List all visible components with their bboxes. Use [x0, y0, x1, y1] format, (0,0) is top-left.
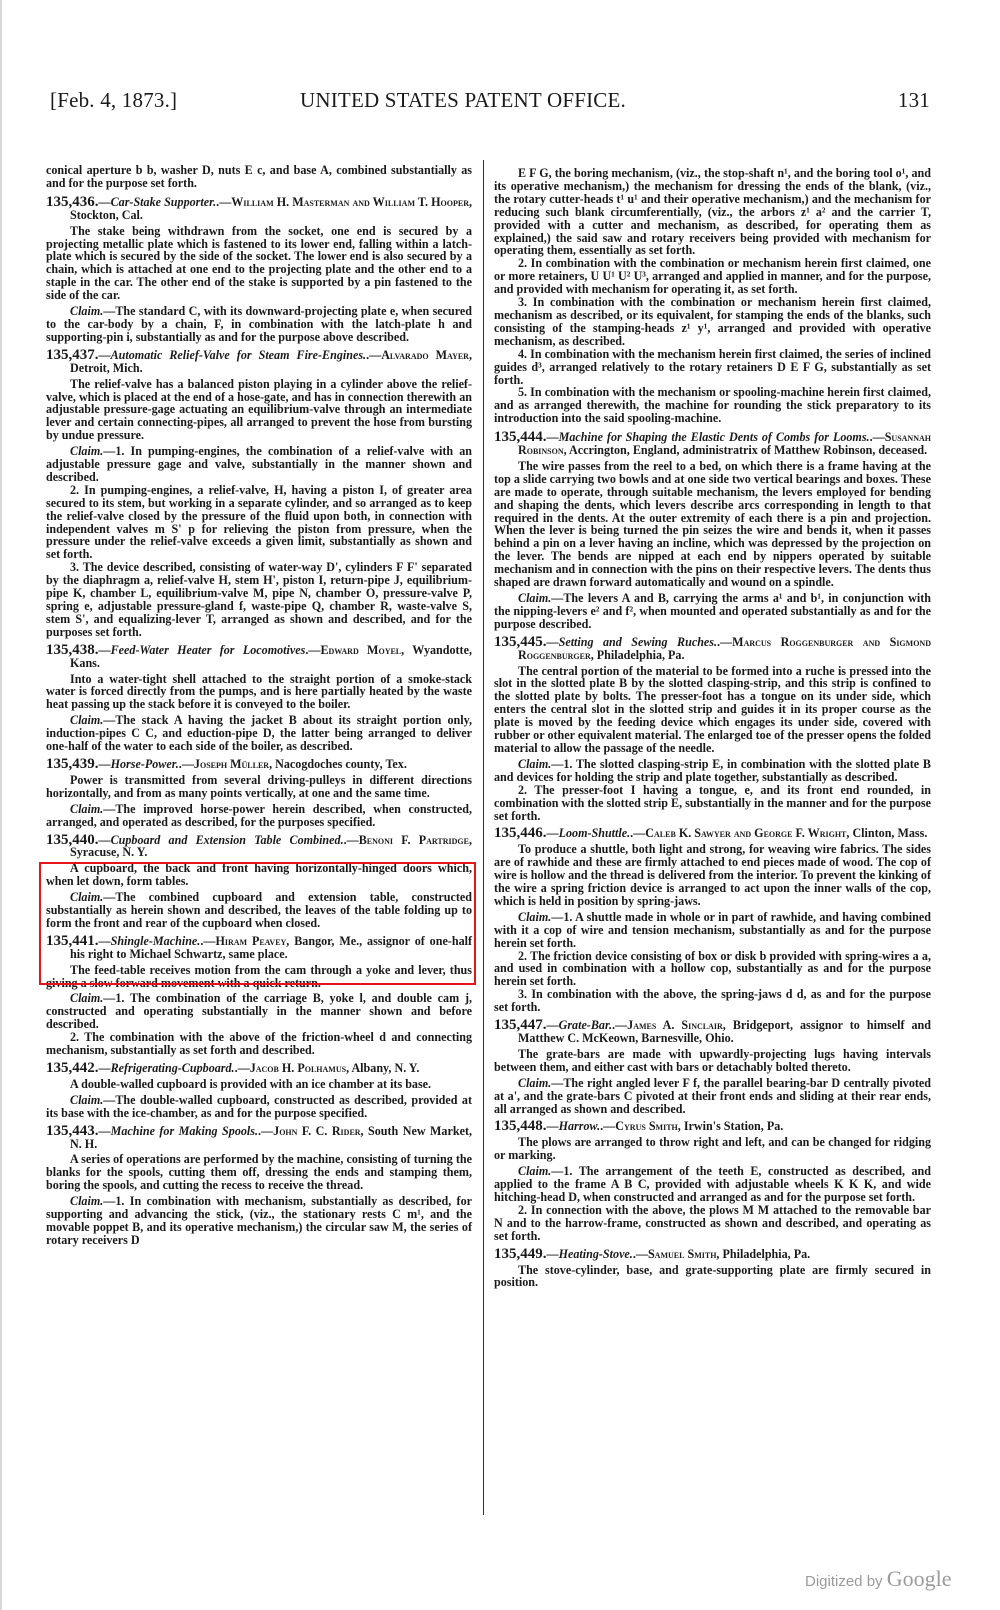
dash: .—: [235, 1061, 250, 1075]
dash: .—: [717, 635, 732, 649]
inventor-location: Accrington, England, administratrix of M…: [569, 443, 927, 457]
left-entries: 135,436.—Car-Stake Supporter..—William H…: [46, 196, 472, 1247]
dash: .—: [344, 833, 359, 847]
entry-paragraph: 2. In pumping-engines, a relief-valve, H…: [46, 484, 472, 561]
left-column: conical aperture b b, washer D, nuts E c…: [46, 164, 472, 1252]
entry-paragraph: Power is transmitted from several drivin…: [46, 774, 472, 800]
paragraph-text: —The standard C, with its downward-proje…: [46, 304, 472, 344]
inventor-location: Detroit, Mich.: [70, 361, 143, 375]
patent-title: Machine for Shaping the Elastic Dents of…: [559, 430, 870, 444]
dash: —: [547, 1247, 559, 1261]
patent-number: 135,446.: [494, 825, 547, 841]
entry-paragraph: The stake being withdrawn from the socke…: [46, 225, 472, 302]
claim-label: Claim.: [70, 802, 103, 816]
patent-title: Refrigerating-Cupboard.: [111, 1061, 235, 1075]
paragraph-text: The plows are arranged to throw right an…: [494, 1135, 931, 1162]
entry-paragraph: 3. The device described, consisting of w…: [46, 561, 472, 638]
dash: —: [99, 1061, 111, 1075]
paragraph-text: —The stack A having the jacket B about i…: [46, 713, 472, 753]
patent-title: Horse-Power.: [111, 757, 179, 771]
entry-paragraph: The relief-valve has a balanced piston p…: [46, 378, 472, 443]
paragraph-text: —The right angled lever F f, the paralle…: [494, 1076, 931, 1116]
patent-title: Car-Stake Supporter.: [111, 195, 217, 209]
paragraph-text: 4. In combination with the mechanism her…: [494, 347, 931, 387]
entry-paragraph: The plows are arranged to throw right an…: [494, 1136, 931, 1162]
inventor-location: Clinton, Mass.: [852, 826, 927, 840]
claim-label: Claim.: [70, 1093, 103, 1107]
patent-heading: 135,446.—Loom-Shuttle..—Caleb K. Sawyer …: [494, 827, 931, 840]
patent-entry: 135,449.—Heating-Stove..—Samuel Smith, P…: [494, 1248, 931, 1290]
inventor-name: Caleb K. Sawyer and George F. Wright,: [645, 826, 849, 840]
paragraph-text: 5. In combination with the mechanism or …: [494, 385, 931, 425]
dash: —: [99, 643, 111, 657]
entry-paragraph: 3. In combination with the combination o…: [494, 296, 931, 348]
paragraph-text: The relief-valve has a balanced piston p…: [46, 377, 472, 443]
patent-title: Heating-Stove.: [559, 1247, 633, 1261]
entry-paragraph: The wire passes from the reel to a bed, …: [494, 460, 931, 589]
paragraph-text: A double-walled cupboard is provided wit…: [70, 1077, 431, 1091]
space: [726, 1018, 733, 1032]
paragraph-text: The grate-bars are made with upwardly-pr…: [494, 1047, 931, 1074]
patent-number: 135,442.: [46, 1060, 99, 1076]
entry-paragraph: Claim.—1. The slotted clasping-strip E, …: [494, 758, 931, 784]
patent-heading: 135,443.—Machine for Making Spools..—Joh…: [46, 1125, 472, 1151]
right-entries: 135,444.—Machine for Shaping the Elastic…: [494, 431, 931, 1289]
patent-entry: 135,444.—Machine for Shaping the Elastic…: [494, 431, 931, 631]
patent-heading: 135,440.—Cupboard and Extension Table Co…: [46, 834, 472, 860]
patent-title: Automatic Relief-Valve for Steam Fire-En…: [111, 348, 366, 362]
dash: .—: [630, 826, 645, 840]
claim-label: Claim.: [70, 1194, 103, 1208]
inventor-name: Joseph Müller,: [194, 757, 272, 771]
entry-paragraph: A series of operations are performed by …: [46, 1153, 472, 1192]
patent-heading: 135,442.—Refrigerating-Cupboard..—Jacob …: [46, 1062, 472, 1075]
paragraph-text: A series of operations are performed by …: [46, 1152, 472, 1192]
dash: —: [99, 833, 111, 847]
entry-paragraph: Claim.—1. The combination of the carriag…: [46, 992, 472, 1031]
publication-title: UNITED STATES PATENT OFFICE.: [300, 88, 626, 113]
patent-entry: 135,448.—Harrow..—Cyrus Smith, Irwin's S…: [494, 1120, 931, 1242]
entry-paragraph: The central portion of the material to b…: [494, 665, 931, 755]
patent-heading: 135,439.—Horse-Power..—Joseph Müller, Na…: [46, 758, 472, 771]
entry-paragraph: Claim.—1. In pumping-engines, the combin…: [46, 445, 472, 484]
entry-paragraph: Claim.—1. The arrangement of the teeth E…: [494, 1165, 931, 1204]
entry-paragraph: Claim.—1. A shuttle made in whole or in …: [494, 911, 931, 950]
patent-entry: 135,436.—Car-Stake Supporter..—William H…: [46, 196, 472, 344]
patent-heading: 135,438.—Feed-Water Heater for Locomotiv…: [46, 644, 472, 670]
dash: —: [99, 934, 111, 948]
paragraph-text: —The levers A and B, carrying the arms a…: [494, 591, 931, 631]
dash: .—: [179, 757, 194, 771]
column-divider: [483, 160, 484, 1515]
patent-entry: 135,441.—Shingle-Machine..—Hiram Peavey,…: [46, 935, 472, 1057]
dash: .—: [600, 1119, 615, 1133]
patent-entry: 135,447.—Grate-Bar..—James A. Sinclair, …: [494, 1019, 931, 1115]
inventor-location: Syracuse, N. Y.: [70, 845, 147, 859]
patent-title: Machine for Making Spools.: [111, 1124, 258, 1138]
patent-entry: 135,438.—Feed-Water Heater for Locomotiv…: [46, 644, 472, 753]
paragraph-text: 2. In connection with the above, the plo…: [494, 1203, 931, 1243]
paragraph-text: —The double-walled cupboard, constructed…: [46, 1093, 472, 1120]
dash: —: [547, 430, 559, 444]
dash: —: [547, 1018, 559, 1032]
paragraph-text: —1. In combination with mechanism, subst…: [46, 1194, 472, 1247]
claim-label: Claim.: [70, 991, 103, 1005]
patent-entry: 135,439.—Horse-Power..—Joseph Müller, Na…: [46, 758, 472, 829]
dash: —: [547, 826, 559, 840]
entry-paragraph: The feed-table receives motion from the …: [46, 964, 472, 990]
entry-paragraph: Claim.—The levers A and B, carrying the …: [494, 592, 931, 631]
patent-heading: 135,437.—Automatic Relief-Valve for Stea…: [46, 349, 472, 375]
patent-entry: 135,440.—Cupboard and Extension Table Co…: [46, 834, 472, 930]
paragraph-text: The central portion of the material to b…: [494, 664, 931, 755]
dash: .—: [612, 1018, 627, 1032]
patent-heading: 135,447.—Grate-Bar..—James A. Sinclair, …: [494, 1019, 931, 1045]
entry-paragraph: Claim.—1. In combination with mechanism,…: [46, 1195, 472, 1247]
patent-heading: 135,444.—Machine for Shaping the Elastic…: [494, 431, 931, 457]
paragraph-text: —1. A shuttle made in whole or in part o…: [494, 910, 931, 950]
inventor-location: Nacogdoches county, Tex.: [275, 757, 407, 771]
claim-label: Claim.: [70, 304, 103, 318]
claim-label: Claim.: [70, 444, 103, 458]
inventor-name: James A. Sinclair,: [627, 1018, 726, 1032]
patent-title: Shingle-Machine.: [111, 934, 201, 948]
paragraph-text: —The improved horse-power herein describ…: [46, 802, 472, 829]
dash: —: [99, 757, 111, 771]
paragraph-text: —The combined cupboard and extension tab…: [46, 890, 472, 930]
patent-title: Feed-Water Heater for Locomotives: [111, 643, 306, 657]
dash: —: [547, 635, 559, 649]
patent-entry: 135,437.—Automatic Relief-Valve for Stea…: [46, 349, 472, 639]
dash: .—: [305, 643, 320, 657]
entry-paragraph: 2. In connection with the above, the plo…: [494, 1204, 931, 1243]
patent-title: Cupboard and Extension Table Combined.: [111, 833, 344, 847]
entry-paragraph: A double-walled cupboard is provided wit…: [46, 1078, 472, 1091]
patent-title: Setting and Sewing Ruches.: [559, 635, 717, 649]
entry-paragraph: Claim.—The double-walled cupboard, const…: [46, 1094, 472, 1120]
dash: .—: [870, 430, 885, 444]
paragraph-text: —1. The arrangement of the teeth E, cons…: [494, 1164, 931, 1204]
entry-paragraph: To produce a shuttle, both light and str…: [494, 843, 931, 908]
entry-paragraph: The grate-bars are made with upwardly-pr…: [494, 1048, 931, 1074]
inventor-name: William H. Masterman and William T. Hoop…: [231, 195, 472, 209]
issue-date: [Feb. 4, 1873.]: [50, 88, 177, 113]
claim-label: Claim.: [70, 890, 103, 904]
paragraph-text: —1. The slotted clasping-strip E, in com…: [494, 757, 931, 784]
entry-paragraph: Claim.—The stack A having the jacket B a…: [46, 714, 472, 753]
entry-paragraph: Claim.—The improved horse-power herein d…: [46, 803, 472, 829]
paragraph-text: 2. The friction device consisting of box…: [494, 949, 931, 989]
page-number: 131: [898, 88, 930, 113]
inventor-name: John F. C. Rider,: [273, 1124, 363, 1138]
patent-title: Harrow.: [559, 1119, 601, 1133]
entry-paragraph: 2. The friction device consisting of box…: [494, 950, 931, 989]
digitized-watermark: Digitized by Google: [805, 1566, 951, 1592]
inventor-location: Philadelphia, Pa.: [722, 1247, 810, 1261]
patent-heading: 135,436.—Car-Stake Supporter..—William H…: [46, 196, 472, 222]
right-continuation: E F G, the boring mechanism, (viz., the …: [494, 167, 931, 425]
claim-label: Claim.: [518, 591, 551, 605]
claim-label: Claim.: [518, 1164, 551, 1178]
entry-paragraph: Claim.—The right angled lever F f, the p…: [494, 1077, 931, 1116]
paragraph-text: —1. The combination of the carriage B, y…: [46, 991, 472, 1031]
dash: —: [99, 1124, 111, 1138]
patent-number: 135,448.: [494, 1118, 547, 1134]
paragraph-text: 2. In pumping-engines, a relief-valve, H…: [46, 483, 472, 562]
paragraph-text: 2. The combination with the above of the…: [46, 1030, 472, 1057]
entry-paragraph: E F G, the boring mechanism, (viz., the …: [494, 167, 931, 257]
patent-heading: 135,441.—Shingle-Machine..—Hiram Peavey,…: [46, 935, 472, 961]
inventor-name: Jacob H. Polhamus,: [250, 1061, 349, 1075]
paragraph-text: Power is transmitted from several drivin…: [46, 773, 472, 800]
paragraph-text: The feed-table receives motion from the …: [46, 963, 472, 990]
patent-entry: 135,446.—Loom-Shuttle..—Caleb K. Sawyer …: [494, 827, 931, 1014]
paragraph-text: 2. The presser-foot I having a tongue, e…: [494, 783, 931, 823]
paragraph-text: The stake being withdrawn from the socke…: [46, 224, 472, 303]
dash: —: [547, 1119, 559, 1133]
patent-heading: 135,449.—Heating-Stove..—Samuel Smith, P…: [494, 1248, 931, 1261]
watermark-prefix: Digitized by: [805, 1573, 883, 1590]
dash: .—: [200, 934, 215, 948]
entry-paragraph: A cupboard, the back and front having ho…: [46, 862, 472, 888]
inventor-location: Philadelphia, Pa.: [597, 648, 685, 662]
inventor-name: Edward Moyel,: [320, 643, 404, 657]
patent-heading: 135,445.—Setting and Sewing Ruches..—Mar…: [494, 636, 931, 662]
paragraph-text: E F G, the boring mechanism, (viz., the …: [494, 166, 931, 257]
entry-paragraph: 4. In combination with the mechanism her…: [494, 348, 931, 387]
dash: .—: [633, 1247, 648, 1261]
patent-entry: 135,442.—Refrigerating-Cupboard..—Jacob …: [46, 1062, 472, 1120]
claim-label: Claim.: [70, 713, 103, 727]
claim-label: Claim.: [518, 757, 551, 771]
claim-label: Claim.: [518, 910, 551, 924]
watermark-brand: Google: [887, 1566, 952, 1591]
paragraph-text: Into a water-tight shell attached to the…: [46, 672, 472, 712]
inventor-location: Albany, N. Y.: [351, 1061, 419, 1075]
patent-title: Grate-Bar.: [559, 1018, 612, 1032]
entry-paragraph: The stove-cylinder, base, and grate-supp…: [494, 1264, 931, 1290]
entry-paragraph: 5. In combination with the mechanism or …: [494, 386, 931, 425]
entry-paragraph: Claim.—The combined cupboard and extensi…: [46, 891, 472, 930]
inventor-name: Hiram Peavey,: [215, 934, 289, 948]
entry-paragraph: 3. In combination with the above, the sp…: [494, 988, 931, 1014]
inventor-name: Benoni F. Partridge,: [359, 833, 472, 847]
entry-paragraph: Into a water-tight shell attached to the…: [46, 673, 472, 712]
inventor-location: Stockton, Cal.: [70, 208, 143, 222]
page-edge: [0, 0, 2, 1610]
entry-paragraph: 2. The combination with the above of the…: [46, 1031, 472, 1057]
paragraph-text: 2. In combination with the combination o…: [494, 256, 931, 296]
patent-heading: 135,448.—Harrow..—Cyrus Smith, Irwin's S…: [494, 1120, 931, 1133]
paragraph-text: 3. The device described, consisting of w…: [46, 560, 472, 639]
paragraph-text: 3. In combination with the combination o…: [494, 295, 931, 348]
dash: .—: [258, 1124, 273, 1138]
entry-paragraph: 2. The presser-foot I having a tongue, e…: [494, 784, 931, 823]
patent-entry: 135,445.—Setting and Sewing Ruches..—Mar…: [494, 636, 931, 823]
patent-number: 135,449.: [494, 1246, 547, 1262]
paragraph-text: 3. In combination with the above, the sp…: [494, 987, 931, 1014]
page-header: [Feb. 4, 1873.] UNITED STATES PATENT OFF…: [50, 88, 950, 118]
right-column: E F G, the boring mechanism, (viz., the …: [494, 164, 931, 1294]
paragraph-text: —1. In pumping-engines, the combination …: [46, 444, 472, 484]
inventor-location: Irwin's Station, Pa.: [684, 1119, 783, 1133]
paragraph-text: A cupboard, the back and front having ho…: [46, 861, 472, 888]
claim-label: Claim.: [518, 1076, 551, 1090]
paragraph-text: To produce a shuttle, both light and str…: [494, 842, 931, 908]
entry-paragraph: 2. In combination with the combination o…: [494, 257, 931, 296]
entry-paragraph: Claim.—The standard C, with its downward…: [46, 305, 472, 344]
patent-title: Loom-Shuttle.: [559, 826, 631, 840]
dash: —: [99, 348, 111, 362]
inventor-name: Samuel Smith,: [648, 1247, 720, 1261]
patent-entry: 135,443.—Machine for Making Spools..—Joh…: [46, 1125, 472, 1247]
dash: .—: [216, 195, 231, 209]
patent-number: 135,439.: [46, 756, 99, 772]
paragraph-text: The wire passes from the reel to a bed, …: [494, 459, 931, 589]
inventor-name: Cyrus Smith,: [615, 1119, 681, 1133]
inventor-name: Alvarado Mayer,: [381, 348, 472, 362]
dash: .—: [366, 348, 381, 362]
dash: —: [99, 195, 111, 209]
paragraph-text: The stove-cylinder, base, and grate-supp…: [494, 1263, 931, 1290]
continuation-text: conical aperture b b, washer D, nuts E c…: [46, 164, 472, 190]
